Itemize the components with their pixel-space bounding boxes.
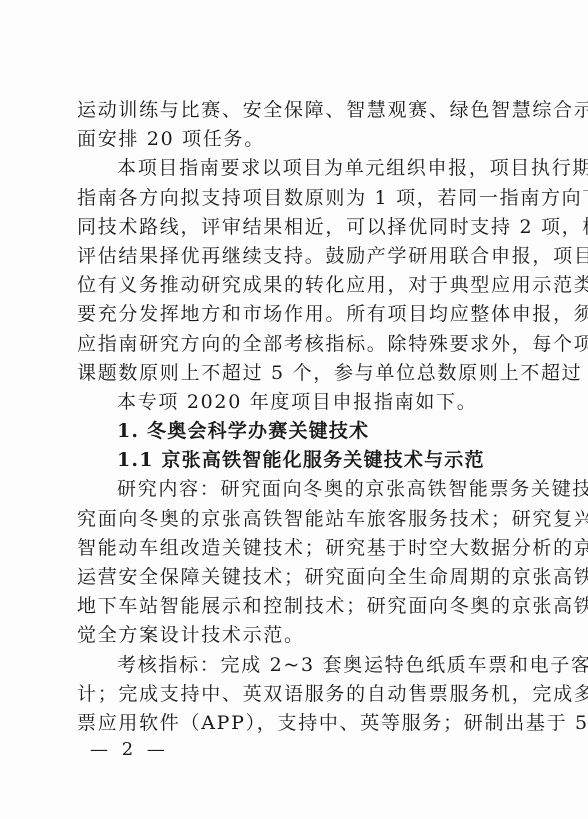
text-line: 地下车站智能展示和控制技术；研究面向冬奥的京张高铁配套视 [77,592,517,621]
text-line: 运营安全保障关键技术；研究面向全生命周期的京张高铁隧道与 [77,563,517,592]
text-line: 位有义务推动研究成果的转化应用，对于典型应用示范类项目， [77,271,517,300]
text-line: 面安排 20 项任务。 [77,125,517,154]
text-line: 要充分发挥地方和市场作用。所有项目均应整体申报，须覆盖对 [77,300,517,329]
text-line: 考核指标：完成 2~3 套奥运特色纸质车票和电子客票样式设 [77,651,517,680]
text-line: 研究内容：研究面向冬奥的京张高铁智能票务关键技术；研 [77,475,517,504]
page-number: — 2 — [90,739,169,760]
text-line: 应指南研究方向的全部考核指标。除特殊要求外，每个项目下设 [77,330,517,359]
text-line: 智能动车组改造关键技术；研究基于时空大数据分析的京张高铁 [77,534,517,563]
subsection-heading: 1.1 京张高铁智能化服务关键技术与示范 [77,446,517,475]
text-line: 票应用软件（APP），支持中、英等服务；研制出基于 5G 通信的 [77,709,517,738]
text-line: 计；完成支持中、英双语服务的自动售票服务机，完成多语言售 [77,680,517,709]
section-heading: 1. 冬奥会科学办赛关键技术 [77,417,517,446]
text-line: 指南各方向拟支持项目数原则为 1 项，若同一指南方向下采取不 [77,184,517,213]
text-line: 运动训练与比赛、安全保障、智慧观赛、绿色智慧综合示范等方 [77,96,517,125]
text-line: 本项目指南要求以项目为单元组织申报，项目执行期 1~3 年。 [77,154,517,183]
text-line: 同技术路线，评审结果相近，可以择优同时支持 2 项，根据中期 [77,213,517,242]
text-line: 本专项 2020 年度项目申报指南如下。 [77,388,517,417]
text-line: 觉全方案设计技术示范。 [77,621,517,650]
document-page: 运动训练与比赛、安全保障、智慧观赛、绿色智慧综合示范等方 面安排 20 项任务。… [77,96,517,738]
text-line: 评估结果择优再继续支持。鼓励产学研用联合申报，项目承担单 [77,242,517,271]
text-line: 课题数原则上不超过 5 个，参与单位总数原则上不超过 10 个。 [77,359,517,388]
text-line: 究面向冬奥的京张高铁智能站车旅客服务技术；研究复兴号奥运 [77,505,517,534]
